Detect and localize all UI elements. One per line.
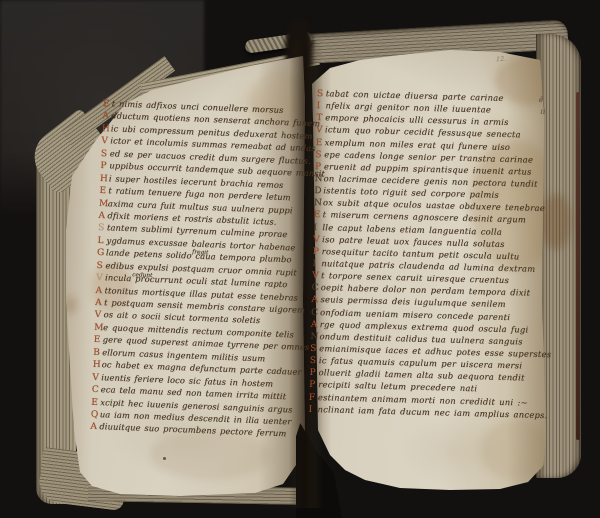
left-page-text: Et nimis adfixos unci conuellere morsus … — [90, 97, 327, 441]
rubricated-initial: I — [308, 404, 317, 416]
folio-number: 12. — [496, 55, 507, 64]
ink-speck — [163, 457, 166, 460]
rubricated-initial: A — [90, 421, 99, 434]
interlinear-correction: cedunt — [132, 269, 153, 282]
interlinear-correction: fregit — [192, 246, 209, 259]
manuscript-photo: 12. Et nimis adfixos unci conuellere mor… — [0, 0, 600, 518]
right-page-text: Stabat con uictae diuersa parte carinaeē… — [308, 87, 558, 421]
